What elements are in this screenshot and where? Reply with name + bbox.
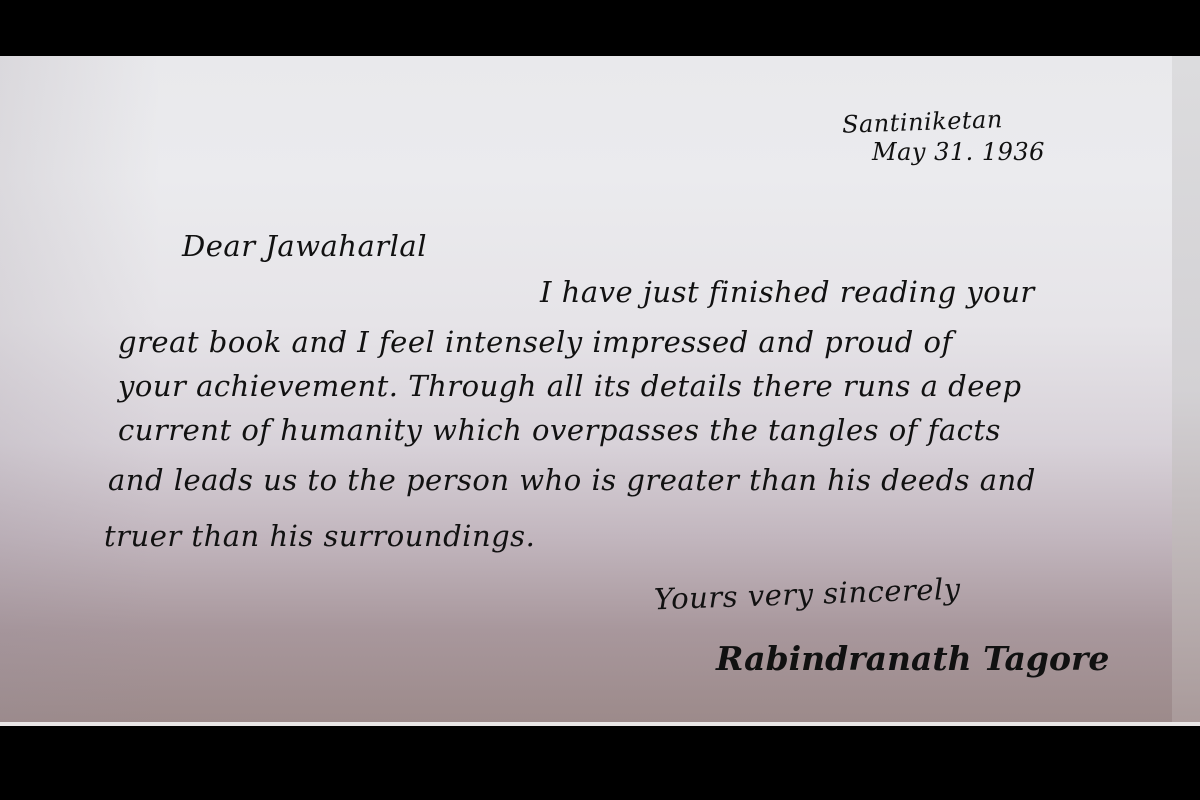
letter-body-line: I have just finished reading your xyxy=(540,278,1035,307)
letter-body-line: current of humanity which overpasses the… xyxy=(118,416,1001,445)
letter-closing: Yours very sincerely xyxy=(654,575,961,615)
letter-date: May 31. 1936 xyxy=(872,140,1045,164)
letter-body-line: your achievement. Through all its detail… xyxy=(118,372,1022,401)
letter-body-line: and leads us to the person who is greate… xyxy=(108,466,1036,495)
letter-salutation: Dear Jawaharlal xyxy=(182,232,427,261)
letterbox-bar-bottom xyxy=(0,726,1200,800)
photo-frame: Santiniketan May 31. 1936 Dear Jawaharla… xyxy=(0,0,1200,800)
paper-edge-strip xyxy=(1172,56,1200,724)
letter-body-line: truer than his surroundings. xyxy=(104,522,535,551)
letter-place: Santiniketan xyxy=(842,107,1004,137)
letter-signature: Rabindranath Tagore xyxy=(716,642,1109,675)
letter-body-line: great book and I feel intensely impresse… xyxy=(118,328,953,357)
letter-paper: Santiniketan May 31. 1936 Dear Jawaharla… xyxy=(0,56,1200,724)
letterbox-bar-top xyxy=(0,0,1200,56)
